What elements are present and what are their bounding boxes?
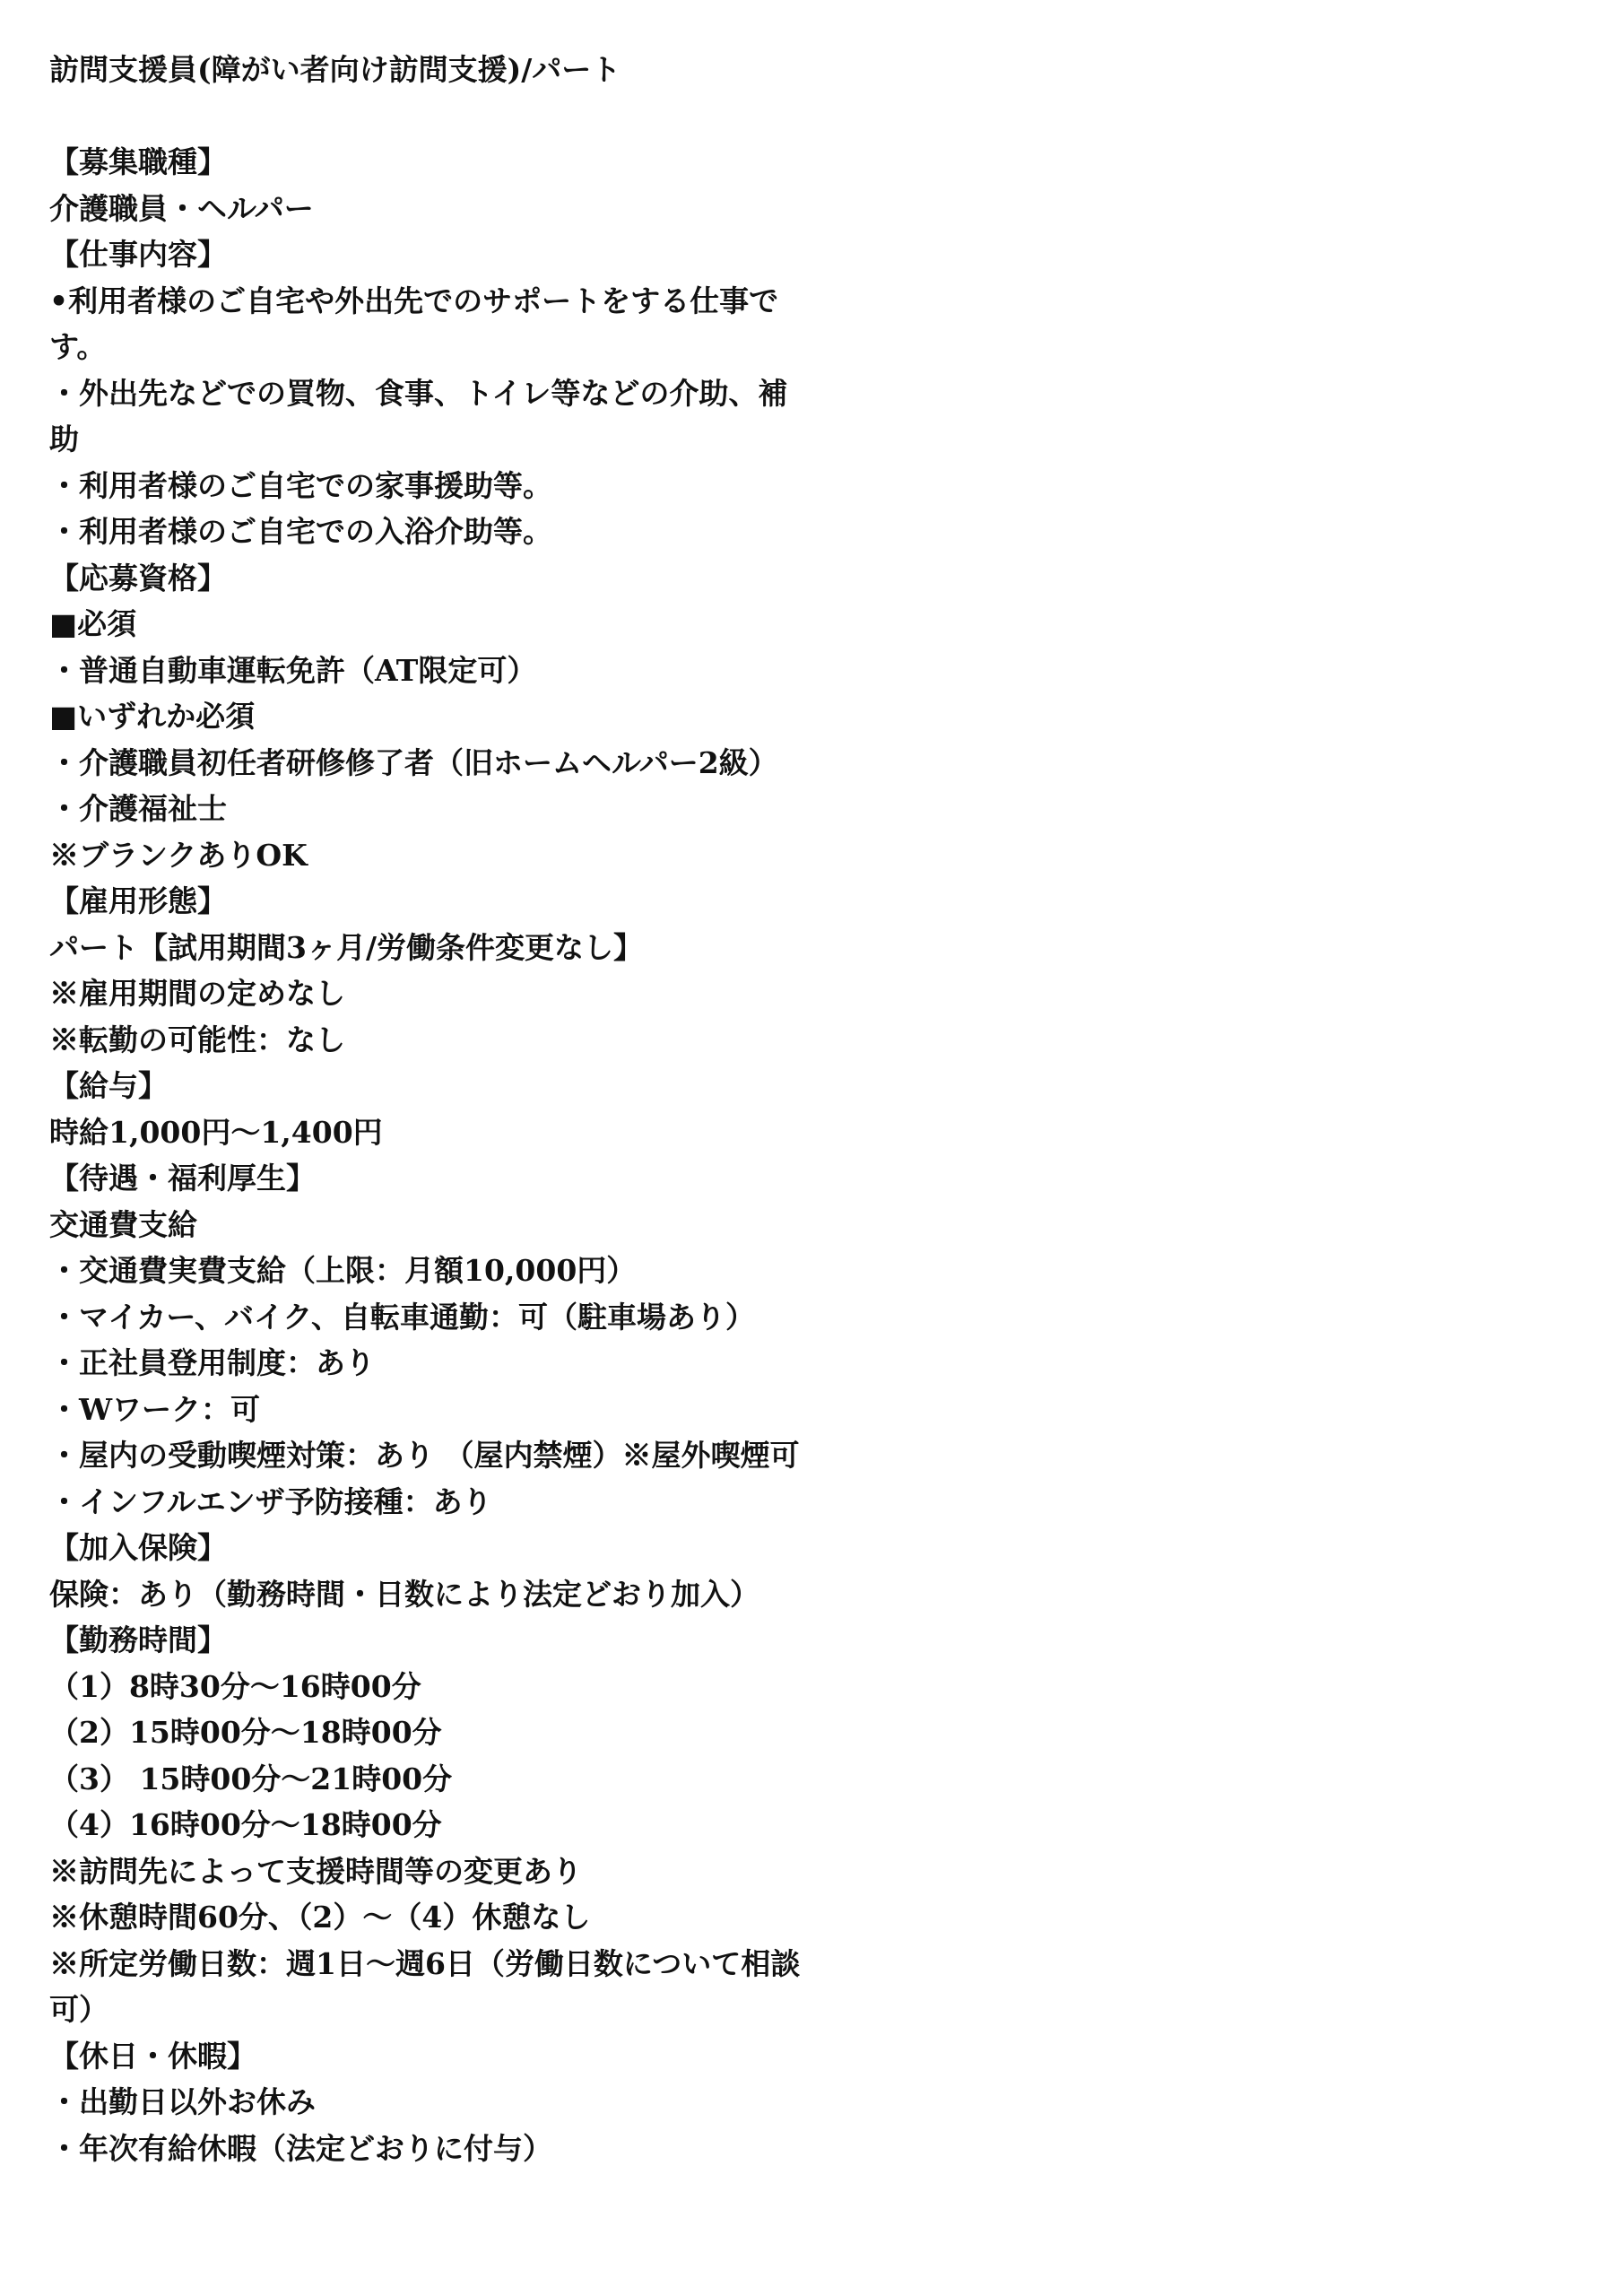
qualification-item: ・介護職員初任者研修修了者（旧ホームヘルパー2級） — [49, 740, 811, 787]
section-heading-job-type: 【募集職種】 — [49, 139, 811, 186]
holidays-item: ・出勤日以外お休み — [49, 2079, 811, 2126]
job-description-item: •利用者様のご自宅や外出先でのサポートをする仕事です。 — [49, 278, 811, 370]
qualification-subheading-either: ■いずれか必須 — [49, 693, 811, 740]
benefits-item: ・マイカー、バイク、自転車通勤：可（駐車場あり） — [49, 1294, 811, 1341]
section-heading-working-hours: 【勤務時間】 — [49, 1617, 811, 1664]
section-heading-benefits: 【待遇・福利厚生】 — [49, 1155, 811, 1202]
working-hours-note: ※休憩時間60分、（2）～（4）休憩なし — [49, 1894, 811, 1941]
job-title: 訪問支援員(障がい者向け訪問支援)/パート — [49, 47, 811, 93]
working-hours-note: ※所定労働日数：週1日～週6日（労働日数について相談可） — [49, 1941, 811, 2033]
working-hours-shift: （3） 15時00分～21時00分 — [49, 1756, 811, 1803]
section-heading-job-description: 【仕事内容】 — [49, 231, 811, 278]
benefits-item: ・屋内の受動喫煙対策：あり （屋内禁煙）※屋外喫煙可 — [49, 1432, 811, 1479]
section-heading-insurance: 【加入保険】 — [49, 1525, 811, 1571]
job-posting-document: 訪問支援員(障がい者向け訪問支援)/パート 【募集職種】 介護職員・ヘルパー 【… — [49, 47, 811, 2171]
working-hours-shift: （1）8時30分～16時00分 — [49, 1664, 811, 1710]
qualification-subheading-required: ■必須 — [49, 601, 811, 648]
employment-note: ※転勤の可能性：なし — [49, 1017, 811, 1064]
benefits-item: ・正社員登用制度：あり — [49, 1340, 811, 1387]
benefits-item: ・Wワーク：可 — [49, 1387, 811, 1433]
benefits-item: 交通費支給 — [49, 1202, 811, 1248]
job-description-item: ・外出先などでの買物、食事、トイレ等などの介助、補助 — [49, 370, 811, 463]
benefits-item: ・インフルエンザ予防接種：あり — [49, 1479, 811, 1526]
qualification-item: ・介護福祉士 — [49, 786, 811, 832]
benefits-item: ・交通費実費支給（上限：月額10,000円） — [49, 1248, 811, 1294]
section-heading-qualifications: 【応募資格】 — [49, 555, 811, 602]
job-type-value: 介護職員・ヘルパー — [49, 186, 811, 232]
job-description-item: ・利用者様のご自宅での入浴介助等。 — [49, 509, 811, 555]
section-heading-salary: 【給与】 — [49, 1063, 811, 1109]
employment-note: ※雇用期間の定めなし — [49, 970, 811, 1017]
section-heading-holidays: 【休日・休暇】 — [49, 2033, 811, 2080]
job-description-item: ・利用者様のご自宅での家事援助等。 — [49, 463, 811, 509]
insurance-value: 保険：あり（勤務時間・日数により法定どおり加入） — [49, 1571, 811, 1618]
qualification-item: ・普通自動車運転免許（AT限定可） — [49, 648, 811, 694]
holidays-item: ・年次有給休暇（法定どおりに付与） — [49, 2126, 811, 2172]
working-hours-shift: （2）15時00分～18時00分 — [49, 1709, 811, 1756]
section-heading-employment-type: 【雇用形態】 — [49, 878, 811, 925]
salary-value: 時給1,000円～1,400円 — [49, 1109, 811, 1156]
employment-type-value: パート【試用期間3ヶ月/労働条件変更なし】 — [49, 925, 811, 971]
qualification-note: ※ブランクありOK — [49, 832, 811, 879]
working-hours-shift: （4）16時00分～18時00分 — [49, 1802, 811, 1848]
working-hours-note: ※訪問先によって支援時間等の変更あり — [49, 1848, 811, 1895]
